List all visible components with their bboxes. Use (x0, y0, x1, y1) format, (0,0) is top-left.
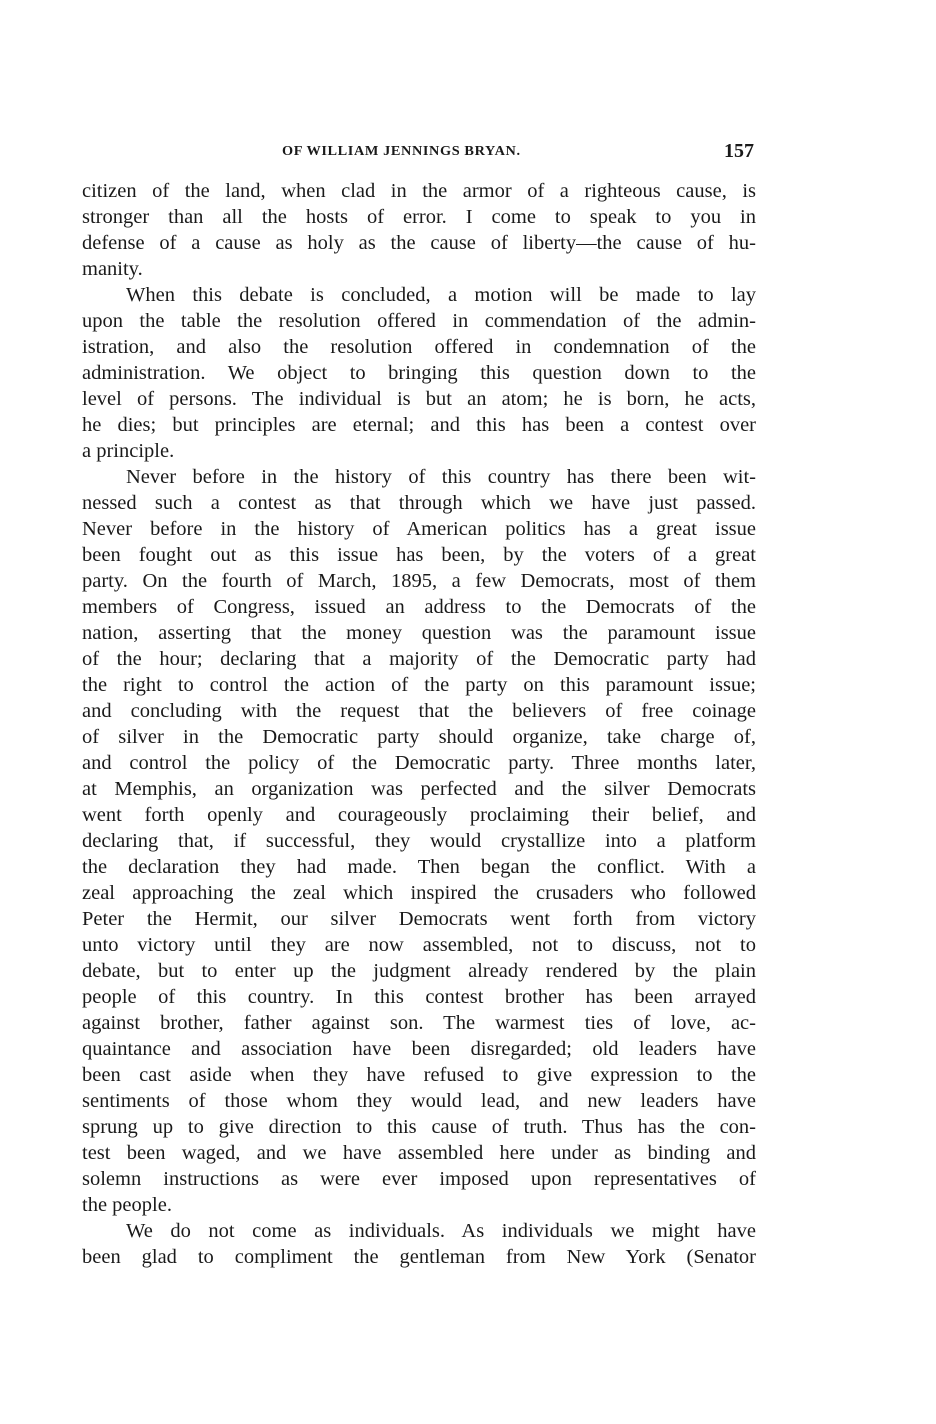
text-line: test been waged, and we have assembled h… (82, 1140, 756, 1166)
text-line: of the hour; declaring that a majority o… (82, 646, 756, 672)
text-line: nation, asserting that the money questio… (82, 620, 756, 646)
paragraph: When this debate is concluded, a motion … (82, 282, 756, 464)
text-line: Never before in the history of this coun… (82, 464, 756, 490)
text-line: and control the policy of the Democratic… (82, 750, 756, 776)
text-line: sprung up to give direction to this caus… (82, 1114, 756, 1140)
text-line: at Memphis, an organization was perfecte… (82, 776, 756, 802)
text-line: quaintance and association have been dis… (82, 1036, 756, 1062)
text-line: We do not come as individuals. As indivi… (82, 1218, 756, 1244)
text-line: the people. (82, 1192, 756, 1218)
text-line: nessed such a contest as that through wh… (82, 490, 756, 516)
text-line: manity. (82, 256, 756, 282)
text-line: stronger than all the hosts of error. I … (82, 204, 756, 230)
text-line: the right to control the action of the p… (82, 672, 756, 698)
text-line: the declaration they had made. Then bega… (82, 854, 756, 880)
text-line: When this debate is concluded, a motion … (82, 282, 756, 308)
text-line: went forth openly and courageously procl… (82, 802, 756, 828)
text-line: unto victory until they are now assemble… (82, 932, 756, 958)
text-line: and concluding with the request that the… (82, 698, 756, 724)
paragraph: citizen of the land, when clad in the ar… (82, 178, 756, 282)
text-line: debate, but to enter up the judgment alr… (82, 958, 756, 984)
text-line: istration, and also the resolution offer… (82, 334, 756, 360)
body-text: citizen of the land, when clad in the ar… (82, 178, 756, 1270)
paragraph: Never before in the history of this coun… (82, 464, 756, 1218)
text-line: been glad to compliment the gentleman fr… (82, 1244, 756, 1270)
text-line: against brother, father against son. The… (82, 1010, 756, 1036)
text-line: zeal approaching the zeal which inspired… (82, 880, 756, 906)
text-line: level of persons. The individual is but … (82, 386, 756, 412)
text-line: defense of a cause as holy as the cause … (82, 230, 756, 256)
text-line: solemn instructions as were ever imposed… (82, 1166, 756, 1192)
text-line: party. On the fourth of March, 1895, a f… (82, 568, 756, 594)
running-header: OF WILLIAM JENNINGS BRYAN. 157 (82, 140, 756, 164)
text-line: a principle. (82, 438, 756, 464)
text-line: administration. We object to bringing th… (82, 360, 756, 386)
text-line: of silver in the Democratic party should… (82, 724, 756, 750)
book-page: OF WILLIAM JENNINGS BRYAN. 157 citizen o… (0, 0, 936, 1424)
text-line: Never before in the history of American … (82, 516, 756, 542)
text-line: been fought out as this issue has been, … (82, 542, 756, 568)
text-line: been cast aside when they have refused t… (82, 1062, 756, 1088)
text-line: members of Congress, issued an address t… (82, 594, 756, 620)
text-line: people of this country. In this contest … (82, 984, 756, 1010)
text-line: he dies; but principles are eternal; and… (82, 412, 756, 438)
text-line: sentiments of those whom they would lead… (82, 1088, 756, 1114)
paragraph: We do not come as individuals. As indivi… (82, 1218, 756, 1270)
running-title: OF WILLIAM JENNINGS BRYAN. (282, 144, 521, 160)
text-line: citizen of the land, when clad in the ar… (82, 178, 756, 204)
text-line: upon the table the resolution offered in… (82, 308, 756, 334)
text-line: Peter the Hermit, our silver Democrats w… (82, 906, 756, 932)
page-number: 157 (724, 140, 754, 163)
text-line: declaring that, if successful, they woul… (82, 828, 756, 854)
